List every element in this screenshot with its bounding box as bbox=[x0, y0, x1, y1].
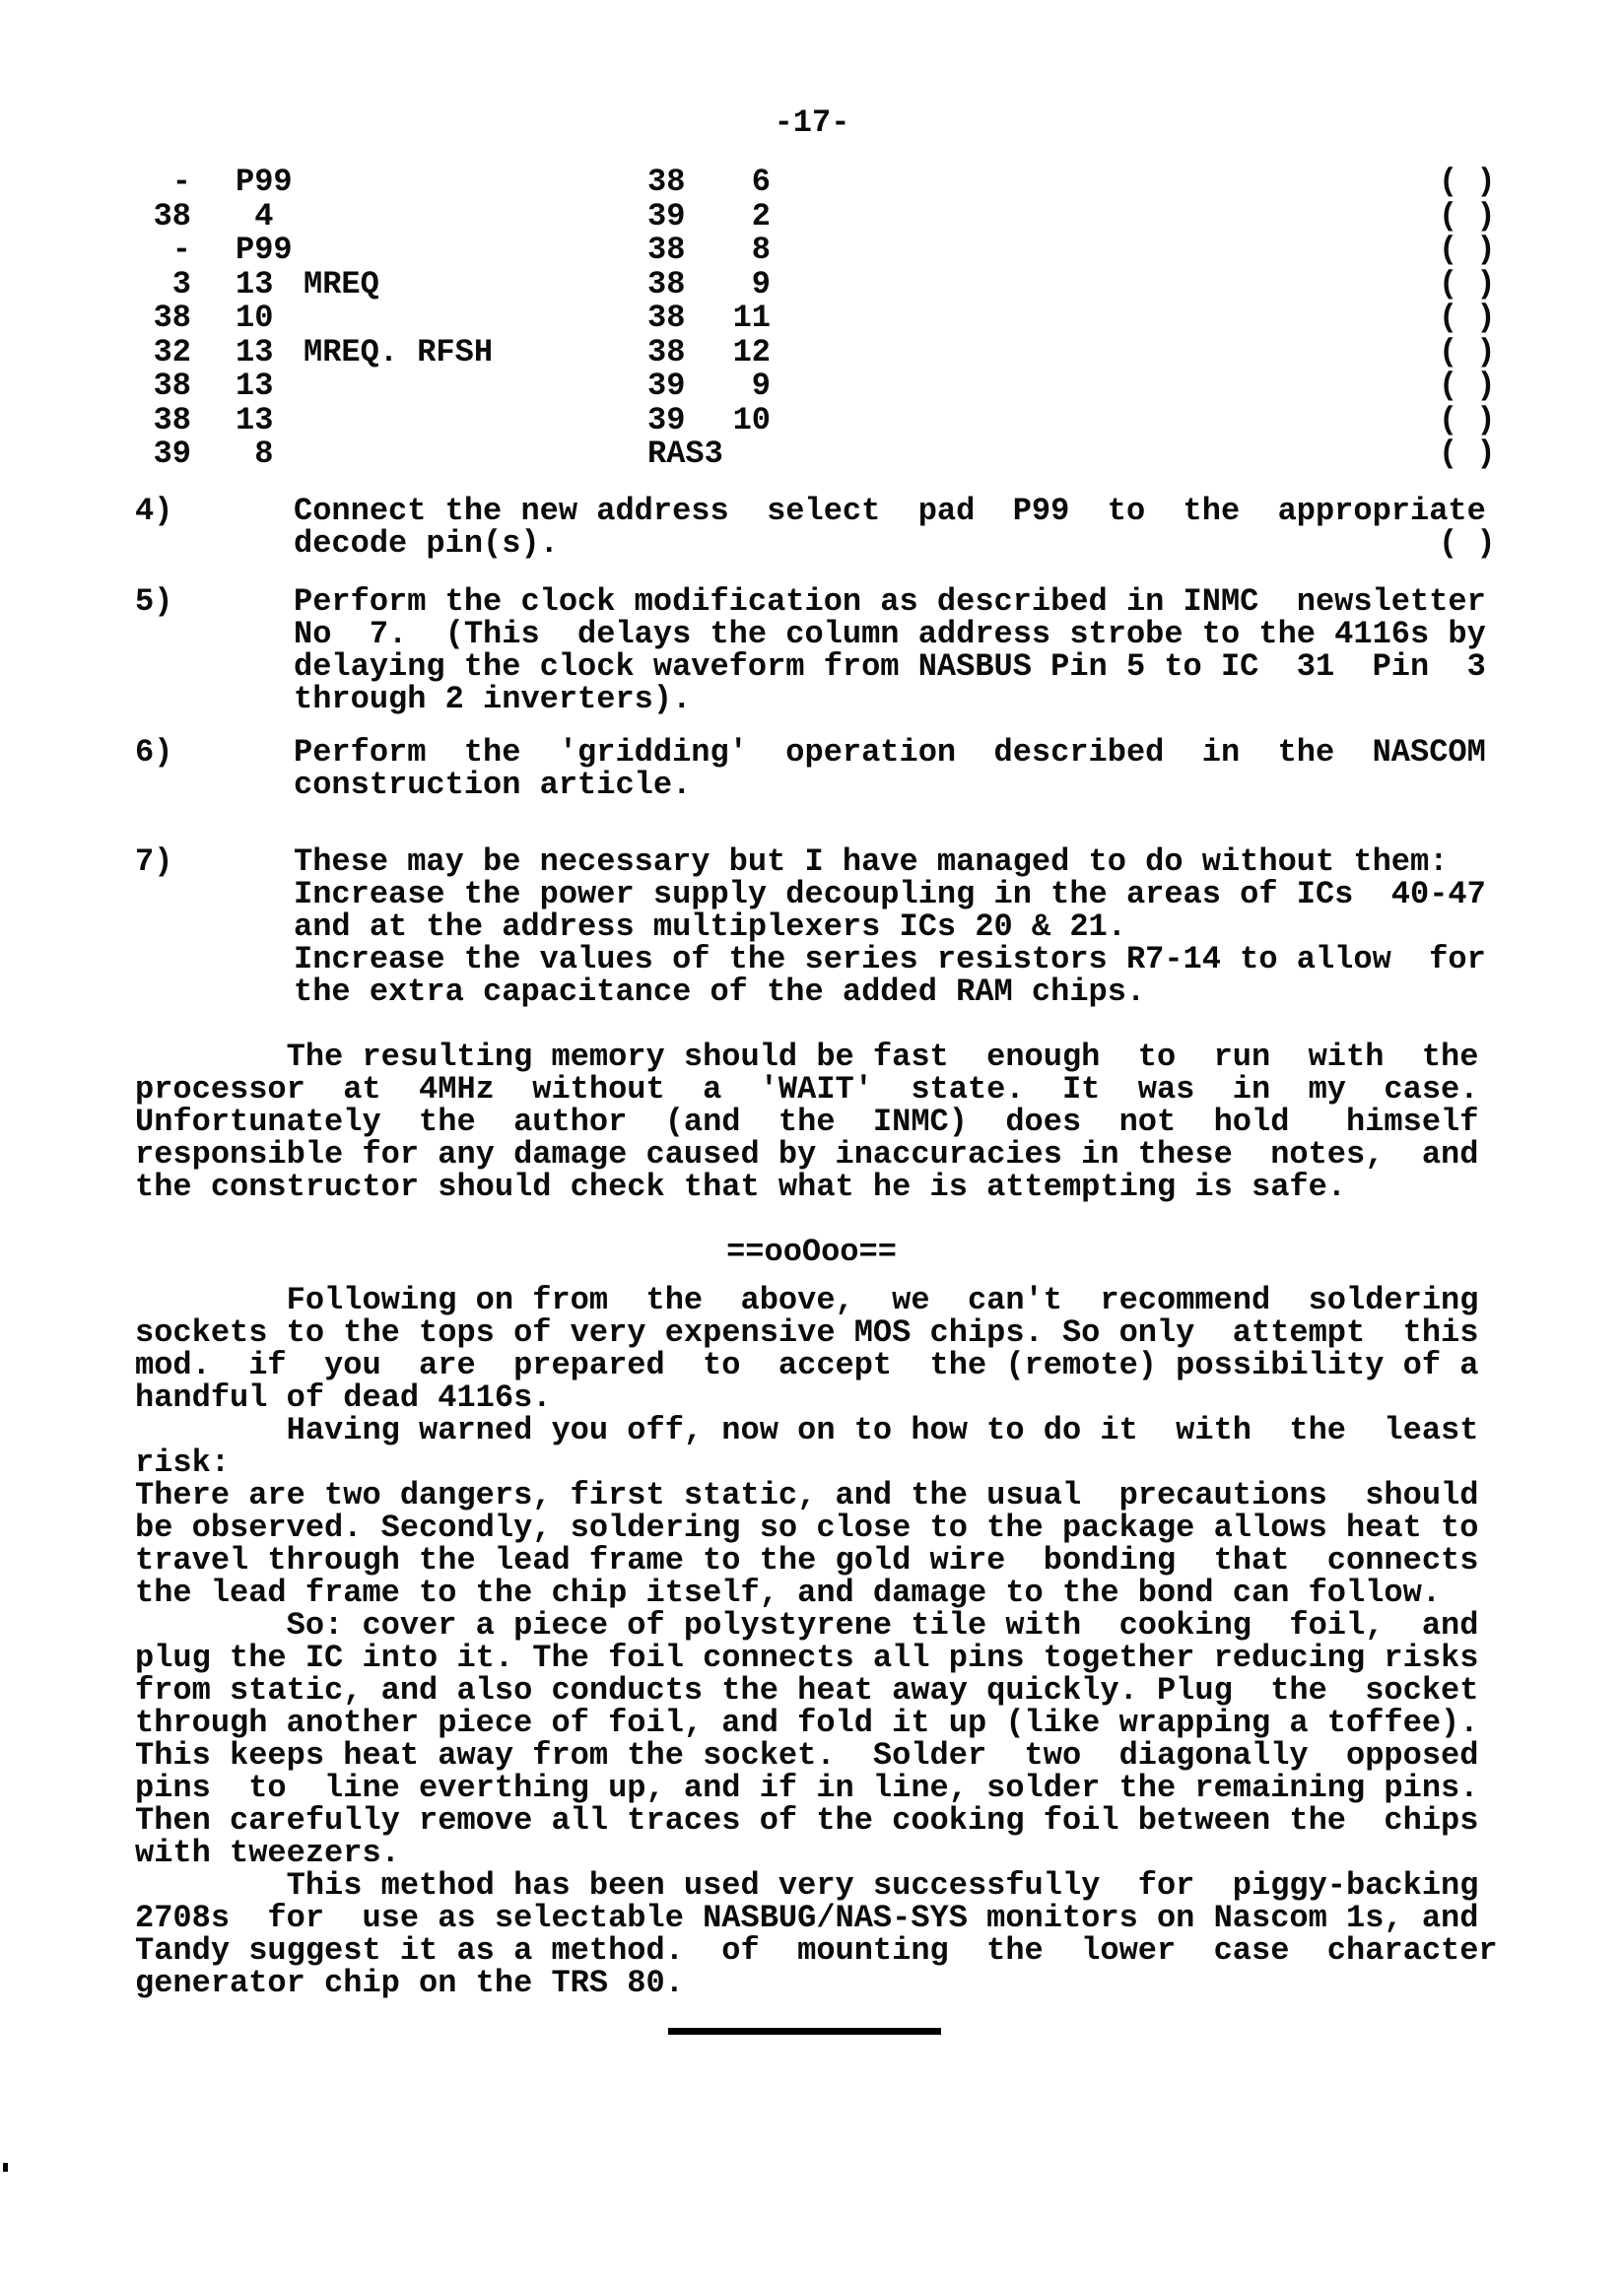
paragraph-line: travel through the lead frame to the gol… bbox=[135, 1544, 1534, 1577]
table-cell-pin-c: 38 bbox=[647, 302, 685, 336]
item-line: decode pin(s). bbox=[294, 527, 1534, 560]
table-cell-pin-c: 38 bbox=[647, 268, 685, 303]
paragraph-line: This keeps heat away from the socket. So… bbox=[135, 1739, 1534, 1772]
table-cell-pin-a: 38 bbox=[135, 302, 191, 336]
table-cell-pin-c: 38 bbox=[647, 166, 685, 200]
divider-rule bbox=[668, 2028, 941, 2035]
table-cell-pin-c: 39 bbox=[647, 370, 685, 404]
item-number: 5) bbox=[135, 585, 172, 618]
table-row: 39 8RAS3( ) bbox=[135, 437, 1574, 472]
numbered-item-7: 7)These may be necessary but I have mana… bbox=[135, 845, 1534, 1008]
paragraph-line: plug the IC into it. The foil connects a… bbox=[135, 1642, 1534, 1674]
item-number: 7) bbox=[135, 845, 172, 878]
document-page: -17- -P99386( )38 4392( )-P99388( )313MR… bbox=[0, 0, 1624, 2286]
paragraph-line: risk: bbox=[135, 1446, 1534, 1479]
table-cell-pin-b: 8 bbox=[236, 437, 273, 472]
table-cell-pin-d: 2 bbox=[690, 200, 771, 235]
table-cell-pin-c: RAS3 bbox=[647, 437, 723, 472]
item-line: through 2 inverters). bbox=[294, 683, 1534, 715]
table-cell-pin-d: 10 bbox=[690, 404, 771, 438]
table-row: 3813399( ) bbox=[135, 370, 1574, 404]
table-cell-signal: MREQ bbox=[304, 268, 379, 303]
item-lines: These may be necessary but I have manage… bbox=[294, 845, 1534, 1008]
table-cell-pin-b: 13 bbox=[236, 336, 273, 370]
paragraph-line: be observed. Secondly, soldering so clos… bbox=[135, 1512, 1534, 1544]
table-row: 38 4392( ) bbox=[135, 200, 1574, 235]
table-cell-pin-c: 39 bbox=[647, 404, 685, 438]
check-box: ( ) bbox=[1439, 370, 1496, 404]
paragraph: Following on from the above, we can't re… bbox=[135, 1284, 1534, 1999]
paragraph-line: sockets to the tops of very expensive MO… bbox=[135, 1316, 1534, 1349]
item-line: These may be necessary but I have manage… bbox=[294, 845, 1534, 878]
paragraph-line: Tandy suggest it as a method. of mountin… bbox=[135, 1934, 1534, 1967]
paragraph-line: Unfortunately the author (and the INMC) … bbox=[135, 1106, 1534, 1138]
paragraph-line: with tweezers. bbox=[135, 1837, 1534, 1869]
table-cell-pin-a: - bbox=[135, 234, 191, 268]
paragraph-line: generator chip on the TRS 80. bbox=[135, 1967, 1534, 1999]
paragraph-line: mod. if you are prepared to accept the (… bbox=[135, 1349, 1534, 1381]
paragraph-line: pins to line everthing up, and if in lin… bbox=[135, 1772, 1534, 1804]
paragraph-line: the lead frame to the chip itself, and d… bbox=[135, 1577, 1534, 1609]
scan-speck bbox=[3, 2163, 8, 2172]
paragraph-line: from static, and also conducts the heat … bbox=[135, 1674, 1534, 1707]
paragraph-line: So: cover a piece of polystyrene tile wi… bbox=[135, 1609, 1534, 1642]
table-row: -P99388( ) bbox=[135, 234, 1574, 268]
check-box: ( ) bbox=[1439, 302, 1496, 336]
item-lines: Perform the clock modification as descri… bbox=[294, 585, 1534, 715]
item-line: construction article. bbox=[294, 769, 1534, 801]
table-cell-pin-a: 39 bbox=[135, 437, 191, 472]
item-line: Increase the values of the series resist… bbox=[294, 943, 1534, 975]
table-cell-pin-d: 6 bbox=[690, 166, 771, 200]
table-row: 38133910( ) bbox=[135, 404, 1574, 438]
table-cell-pin-b: 4 bbox=[236, 200, 273, 235]
table-cell-pin-b: 10 bbox=[236, 302, 273, 336]
table-cell-pin-b: 13 bbox=[236, 268, 273, 303]
item-lines: Perform the 'gridding' operation describ… bbox=[294, 736, 1534, 801]
item-line: No 7. (This delays the column address st… bbox=[294, 618, 1534, 650]
item-line: and at the address multiplexers ICs 20 &… bbox=[294, 910, 1534, 943]
paragraph-line: The resulting memory should be fast enou… bbox=[135, 1041, 1534, 1073]
table-cell-pin-d: 9 bbox=[690, 268, 771, 303]
table-cell-pin-a: 32 bbox=[135, 336, 191, 370]
paragraph-line: the constructor should check that what h… bbox=[135, 1171, 1534, 1203]
paragraph-line: This method has been used very successfu… bbox=[135, 1869, 1534, 1902]
table-cell-pin-b: 13 bbox=[236, 404, 273, 438]
table-cell-pin-d: 8 bbox=[690, 234, 771, 268]
table-cell-pin-b: 13 bbox=[236, 370, 273, 404]
item-line: Connect the new address select pad P99 t… bbox=[294, 495, 1534, 527]
check-box: ( ) bbox=[1439, 437, 1496, 472]
paragraph-line: There are two dangers, first static, and… bbox=[135, 1479, 1534, 1512]
check-box: ( ) bbox=[1439, 166, 1496, 200]
page-number: -17- bbox=[0, 104, 1624, 141]
table-cell-pin-a: 3 bbox=[135, 268, 191, 303]
table-cell-pin-c: 39 bbox=[647, 200, 685, 235]
table-row: -P99386( ) bbox=[135, 166, 1574, 200]
item-line: Perform the clock modification as descri… bbox=[294, 585, 1534, 618]
section-separator: ==ooOoo== bbox=[135, 1236, 1488, 1268]
pin-table: -P99386( )38 4392( )-P99388( )313MREQ389… bbox=[135, 166, 1574, 472]
paragraph-line: Then carefully remove all traces of the … bbox=[135, 1804, 1534, 1837]
check-box: ( ) bbox=[1439, 234, 1496, 268]
table-cell-pin-c: 38 bbox=[647, 336, 685, 370]
table-row: 313MREQ389( ) bbox=[135, 268, 1574, 303]
table-cell-pin-c: 38 bbox=[647, 234, 685, 268]
numbered-item-6: 6)Perform the 'gridding' operation descr… bbox=[135, 736, 1534, 801]
check-box: ( ) bbox=[1439, 527, 1496, 560]
table-row: 3213MREQ. RFSH3812( ) bbox=[135, 336, 1574, 370]
table-cell-pin-d: 11 bbox=[690, 302, 771, 336]
paragraph-line: 2708s for use as selectable NASBUG/NAS-S… bbox=[135, 1902, 1534, 1934]
paragraph-line: responsible for any damage caused by ina… bbox=[135, 1138, 1534, 1171]
check-box: ( ) bbox=[1439, 404, 1496, 438]
check-box: ( ) bbox=[1439, 336, 1496, 370]
item-line: Increase the power supply decoupling in … bbox=[294, 878, 1534, 910]
item-number: 6) bbox=[135, 736, 172, 769]
table-row: 38103811( ) bbox=[135, 302, 1574, 336]
check-box: ( ) bbox=[1439, 200, 1496, 235]
paragraph: The resulting memory should be fast enou… bbox=[135, 1041, 1534, 1203]
table-cell-pin-a: 38 bbox=[135, 370, 191, 404]
paragraph-line: handful of dead 4116s. bbox=[135, 1381, 1534, 1414]
item-line: delaying the clock waveform from NASBUS … bbox=[294, 650, 1534, 683]
table-cell-pin-a: - bbox=[135, 166, 191, 200]
check-box: ( ) bbox=[1439, 268, 1496, 303]
numbered-item-5: 5)Perform the clock modification as desc… bbox=[135, 585, 1534, 715]
paragraph-line: through another piece of foil, and fold … bbox=[135, 1707, 1534, 1739]
paragraph-line: Following on from the above, we can't re… bbox=[135, 1284, 1534, 1316]
table-cell-pin-a: 38 bbox=[135, 200, 191, 235]
item-line: the extra capacitance of the added RAM c… bbox=[294, 975, 1534, 1008]
table-cell-pin-a: 38 bbox=[135, 404, 191, 438]
paragraph-line: Having warned you off, now on to how to … bbox=[135, 1414, 1534, 1446]
item-number: 4) bbox=[135, 495, 172, 527]
table-cell-pin-b: P99 bbox=[236, 234, 293, 268]
item-line: Perform the 'gridding' operation describ… bbox=[294, 736, 1534, 769]
numbered-item-4: 4)Connect the new address select pad P99… bbox=[135, 495, 1534, 560]
table-cell-pin-d: 9 bbox=[690, 370, 771, 404]
table-cell-pin-d: 12 bbox=[690, 336, 771, 370]
item-lines: Connect the new address select pad P99 t… bbox=[294, 495, 1534, 560]
paragraph-line: processor at 4MHz without a 'WAIT' state… bbox=[135, 1073, 1534, 1106]
table-cell-pin-b: P99 bbox=[236, 166, 293, 200]
table-cell-signal: MREQ. RFSH bbox=[304, 336, 493, 370]
